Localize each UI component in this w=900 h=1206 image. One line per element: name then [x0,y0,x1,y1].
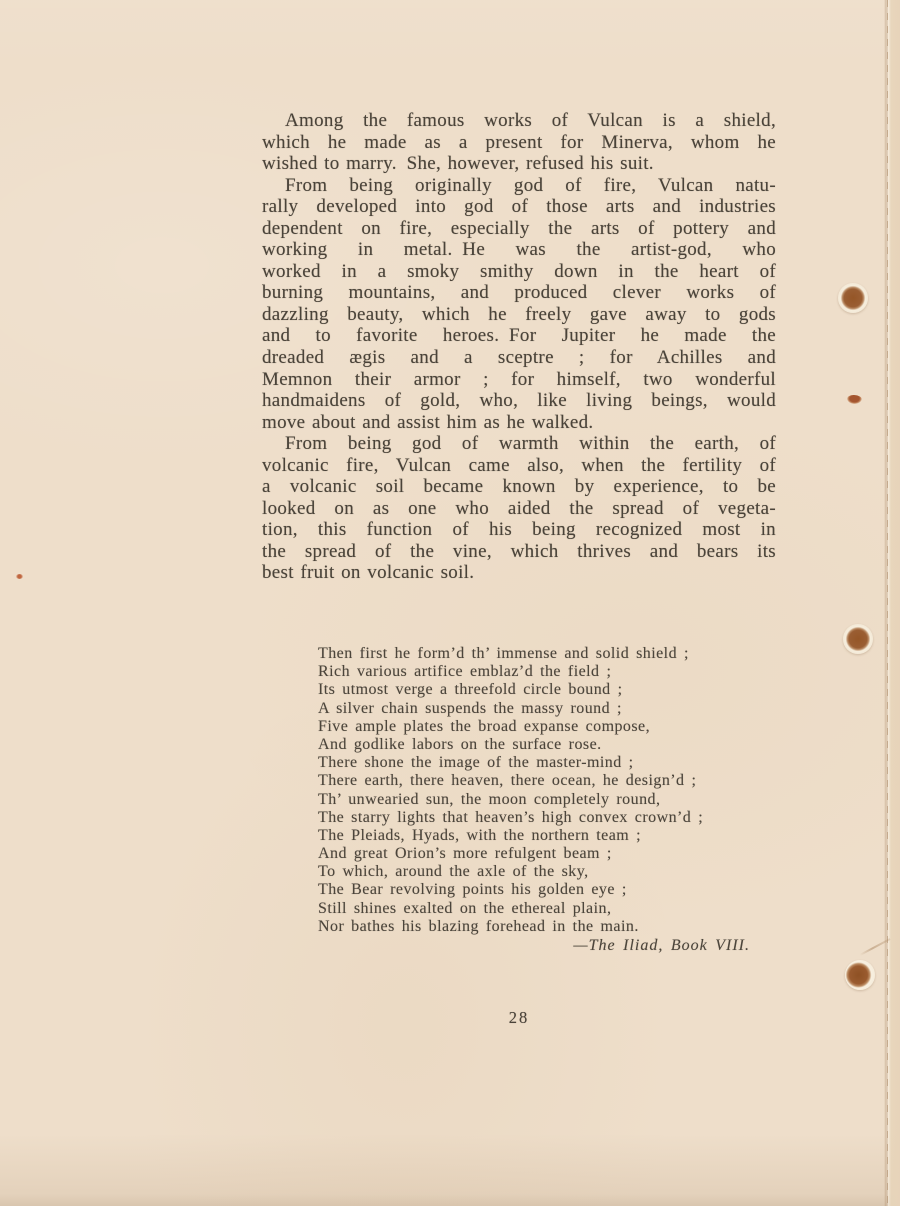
poem-line: Its utmost verge a threefold circle boun… [318,681,770,699]
poem-line: The Pleiads, Hyads, with the northern te… [318,827,770,845]
binding-hole [838,283,868,313]
text-line: Among the famous works of Vulcan is a sh… [262,110,776,132]
text-line: best fruit on volcanic soil. [262,562,776,584]
text-line: working in metal. He was the artist-god,… [262,239,776,261]
poem-line: And great Orion’s more refulgent beam ; [318,845,770,863]
text-line: Memnon their armor ; for himself, two wo… [262,369,776,391]
text-line: From being originally god of fire, Vulca… [262,175,776,197]
binding-mark [847,395,862,404]
poem-block: Then first he form’d th’ immense and sol… [318,645,770,955]
poem-line: Still shines exalted on the ethereal pla… [318,900,770,918]
page-number: 28 [262,1008,776,1028]
text-line: worked in a smoky smithy down in the hea… [262,261,776,283]
text-line: dreaded ægis and a sceptre ; for Achille… [262,347,776,369]
poem-line: The Bear revolving points his golden eye… [318,881,770,899]
paragraph: From being god of warmth within the eart… [262,433,776,584]
page-edge-crease-line [887,0,888,1206]
text-line: volcanic fire, Vulcan came also, when th… [262,455,776,477]
text-line: tion, this function of his being recogni… [262,519,776,541]
paper-speck [16,574,23,579]
text-line: which he made as a present for Minerva, … [262,132,776,154]
binding-hole [843,624,873,654]
text-line: dazzling beauty, which he freely gave aw… [262,304,776,326]
text-line: From being god of warmth within the eart… [262,433,776,455]
text-line: move about and assist him as he walked. [262,412,776,434]
poem-line: There earth, there heaven, there ocean, … [318,772,770,790]
poem-line: And godlike labors on the surface rose. [318,736,770,754]
text-line: handmaidens of gold, who, like living be… [262,390,776,412]
text-line: and to favorite heroes. For Jupiter he m… [262,325,776,347]
poem-line: Rich various artifice emblaz’d the field… [318,663,770,681]
paragraph: Among the famous works of Vulcan is a sh… [262,110,776,175]
poem-line: Five ample plates the broad expanse comp… [318,718,770,736]
poem-line: There shone the image of the master-mind… [318,754,770,772]
text-line: burning mountains, and produced clever w… [262,282,776,304]
poem-line: Then first he form’d th’ immense and sol… [318,645,770,663]
text-line: rally developed into god of those arts a… [262,196,776,218]
poem-lines: Then first he form’d th’ immense and sol… [318,645,770,936]
paragraph: From being originally god of fire, Vulca… [262,175,776,434]
binding-hole [845,960,875,990]
poem-line: Th’ unwearied sun, the moon completely r… [318,791,770,809]
text-line: looked on as one who aided the spread of… [262,498,776,520]
poem-attribution: —The Iliad, Book VIII. [318,937,770,955]
text-line: a volcanic soil became known by experien… [262,476,776,498]
main-text-block: Among the famous works of Vulcan is a sh… [262,110,776,584]
poem-line: Nor bathes his blazing forehead in the m… [318,918,770,936]
text-line: wished to marry. She, however, refused h… [262,153,776,175]
poem-line: The starry lights that heaven’s high con… [318,809,770,827]
text-line: the spread of the vine, which thrives an… [262,541,776,563]
poem-line: To which, around the axle of the sky, [318,863,770,881]
poem-line: A silver chain suspends the massy round … [318,700,770,718]
text-line: dependent on fire, especially the arts o… [262,218,776,240]
